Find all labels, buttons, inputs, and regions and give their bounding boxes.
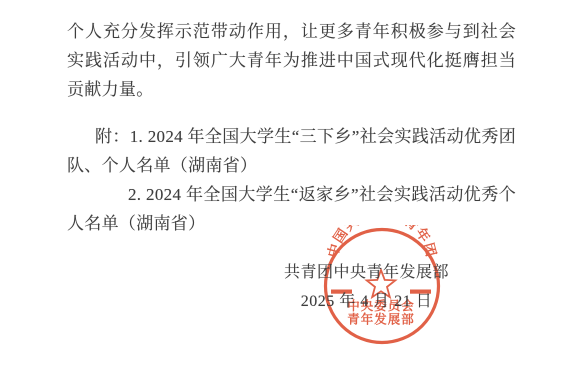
attachment-item-2: 2. 2024 年全国大学生“返家乡”社会实践活动优秀个人名单（湖南省） <box>67 180 516 238</box>
body-paragraph: 个人充分发挥示范带动作用，让更多青年积极参与到社会实践活动中，引领广大青年为推进… <box>67 17 516 104</box>
issue-date: 2025 年 4 月 21 日 <box>284 287 449 316</box>
issuer-name: 共青团中央青年发展部 <box>284 258 449 287</box>
document-page: 个人充分发挥示范带动作用，让更多青年积极参与到社会实践活动中，引领广大青年为推进… <box>0 0 561 387</box>
document-body: 个人充分发挥示范带动作用，让更多青年积极参与到社会实践活动中，引领广大青年为推进… <box>67 17 516 238</box>
signature-block: 共青团中央青年发展部 2025 年 4 月 21 日 <box>284 258 449 316</box>
attachment-item-1: 附：1. 2024 年全国大学生“三下乡”社会实践活动优秀团队、个人名单（湖南省… <box>67 122 516 180</box>
